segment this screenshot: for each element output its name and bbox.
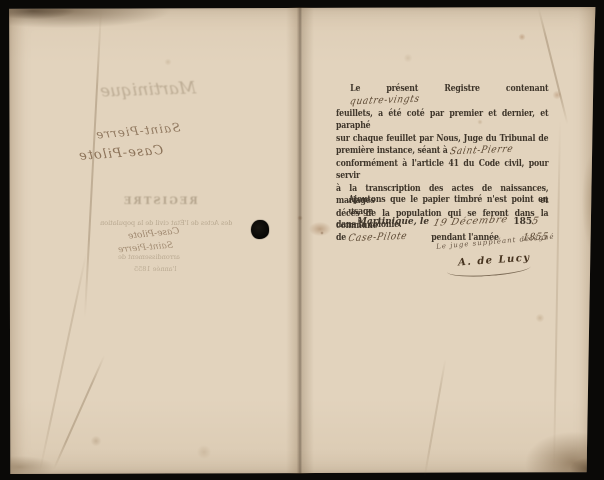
dateline-year-printed: 185: [513, 217, 532, 227]
dateline-place-printed: Martinique, le: [357, 217, 429, 227]
statement-line: sur chaque feuillet par Nous, Juge du Tr…: [336, 133, 548, 145]
handwritten-folio-count: quatre-vingts: [349, 94, 421, 109]
bleedthrough-printed-line: l'année 1855: [134, 265, 176, 273]
handwritten-court-seat: Saint-Pierre: [449, 144, 515, 159]
bleedthrough-martinique-text: Martinique: [100, 78, 197, 101]
dateline: Martinique, le 19 Décembre 1855: [357, 216, 535, 227]
handwritten-date: 19 Décembre: [432, 214, 509, 229]
statement-printed-text: première instance, séant à: [336, 146, 448, 156]
document-scan: Martinique Saint-Pierre Case-Pilote REGI…: [0, 0, 604, 480]
statement-line: conformément à l'article 41 du Code civi…: [336, 158, 548, 183]
statement-line: Le présent Registre contenant quatre-vin…: [336, 83, 548, 108]
bleedthrough-printed-line: arrondissement de: [118, 253, 180, 261]
statement-line: première instance, séant à Saint-Pierre: [336, 145, 548, 157]
statement-printed-text: de Case-Pilote: [336, 232, 407, 244]
bleedthrough-registre-title: REGISTRE: [122, 196, 198, 207]
handwritten-commune-name: Case-Pilote: [347, 231, 408, 246]
book-gutter-shadow: [286, 7, 314, 474]
ink-blot: [251, 220, 269, 239]
bleedthrough-printed-line: des Actes de l'État civil de la populati…: [100, 219, 232, 227]
statement-printed-text: Le présent Registre contenant: [350, 84, 548, 94]
statement-line: feuillets, a été coté par premier et der…: [336, 108, 548, 133]
